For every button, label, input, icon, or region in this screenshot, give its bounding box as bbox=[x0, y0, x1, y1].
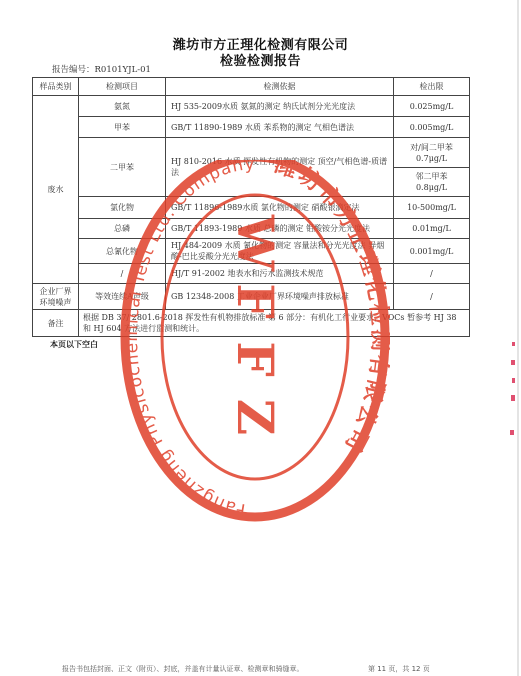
basis-cell: HJ 810-2016 水质 挥发性有机物的测定 顶空/气相色谱-质谱法 bbox=[166, 138, 394, 197]
limit-cell-sub: 对/间二甲苯0.7μg/L bbox=[394, 138, 470, 168]
basis-cell: GB 12348-2008 工业企业厂界环境噪声排放标准 bbox=[166, 284, 394, 310]
limit-cell: 0.01mg/L bbox=[394, 219, 470, 239]
basis-cell: GB/T 11893-1989 水质 总磷的测定 钼酸铵分光光度法 bbox=[166, 219, 394, 239]
limit-sub-label: 对/间二甲苯 bbox=[397, 142, 466, 153]
limit-sub-value: 0.8μg/L bbox=[397, 182, 466, 193]
blank-below-note: 本页以下空白 bbox=[50, 339, 98, 350]
seam-stamp-icon bbox=[509, 340, 517, 460]
table-row: 甲苯 GB/T 11890-1989 水质 苯系物的测定 气相色谱法 0.005… bbox=[33, 117, 470, 138]
table-row: 氯化物 GB/T 11896-1989水质 氯化物的测定 硝酸银滴定法 10-5… bbox=[33, 197, 470, 219]
item-cell: 甲苯 bbox=[79, 117, 166, 138]
limit-cell: / bbox=[394, 284, 470, 310]
svg-text:F: F bbox=[226, 341, 285, 377]
category-noise: 企业厂界环境噪声 bbox=[33, 284, 79, 310]
col-header-category: 样品类别 bbox=[33, 78, 79, 96]
item-cell: 等效连续A声级 bbox=[79, 284, 166, 310]
svg-text:Z: Z bbox=[226, 399, 285, 436]
remark-label: 备注 bbox=[33, 310, 79, 337]
item-cell: / bbox=[79, 264, 166, 284]
item-cell: 总磷 bbox=[79, 219, 166, 239]
page-edge bbox=[517, 0, 519, 676]
col-header-item: 检测项目 bbox=[79, 78, 166, 96]
col-header-limit: 检出限 bbox=[394, 78, 470, 96]
limit-cell: 0.025mg/L bbox=[394, 96, 470, 117]
remark-text: 根据 DB 37/ 2801.6-2018 挥发性有机物排放标准 第 6 部分：… bbox=[79, 310, 470, 337]
limit-cell: 10-500mg/L bbox=[394, 197, 470, 219]
basis-cell: GB/T 11890-1989 水质 苯系物的测定 气相色谱法 bbox=[166, 117, 394, 138]
table-row: 总氰化物 HJ 484-2009 水质 氰化物的测定 容量法和分光光度法 异烟酸… bbox=[33, 239, 470, 264]
report-number-label: 报告编号： bbox=[52, 65, 95, 75]
basis-cell: HJ 484-2009 水质 氰化物的测定 容量法和分光光度法 异烟酸-巴比妥酸… bbox=[166, 239, 394, 264]
table-row: / HJ/T 91-2002 地表水和污水监测技术规范 / bbox=[33, 264, 470, 284]
item-cell: 氯化物 bbox=[79, 197, 166, 219]
col-header-basis: 检测依据 bbox=[166, 78, 394, 96]
basis-cell: HJ/T 91-2002 地表水和污水监测技术规范 bbox=[166, 264, 394, 284]
item-cell: 氨氮 bbox=[79, 96, 166, 117]
limit-sub-label: 邻二甲苯 bbox=[397, 171, 466, 182]
basis-cell: GB/T 11896-1989水质 氯化物的测定 硝酸银滴定法 bbox=[166, 197, 394, 219]
report-number: 报告编号：R0101YJL-01 bbox=[52, 63, 151, 75]
page-number: 第 11 页，共 12 页 bbox=[368, 664, 430, 674]
category-wastewater: 废水 bbox=[33, 96, 79, 284]
test-basis-table: 样品类别 检测项目 检测依据 检出限 废水 氨氮 HJ 535-2009水质 氨… bbox=[32, 77, 470, 337]
table-row: 二甲苯 HJ 810-2016 水质 挥发性有机物的测定 顶空/气相色谱-质谱法… bbox=[33, 138, 470, 168]
table-header-row: 样品类别 检测项目 检测依据 检出限 bbox=[33, 78, 470, 96]
limit-sub-value: 0.7μg/L bbox=[397, 153, 466, 164]
table-row: 总磷 GB/T 11893-1989 水质 总磷的测定 钼酸铵分光光度法 0.0… bbox=[33, 219, 470, 239]
table-row: 废水 氨氮 HJ 535-2009水质 氨氮的测定 纳氏试剂分光光度法 0.02… bbox=[33, 96, 470, 117]
table-row-noise: 企业厂界环境噪声 等效连续A声级 GB 12348-2008 工业企业厂界环境噪… bbox=[33, 284, 470, 310]
limit-cell: 0.001mg/L bbox=[394, 239, 470, 264]
report-number-value: R0101YJL-01 bbox=[95, 65, 151, 75]
item-cell: 二甲苯 bbox=[79, 138, 166, 197]
limit-cell-sub: 邻二甲苯0.8μg/L bbox=[394, 168, 470, 197]
basis-cell: HJ 535-2009水质 氨氮的测定 纳氏试剂分光光度法 bbox=[166, 96, 394, 117]
limit-cell: / bbox=[394, 264, 470, 284]
limit-cell: 0.005mg/L bbox=[394, 117, 470, 138]
item-cell: 总氰化物 bbox=[79, 239, 166, 264]
footer-note: 报告书包括封面、正文（附页）、封底，并盖有计量认证章、检测章和骑缝章。 bbox=[62, 664, 304, 674]
table-row-remark: 备注 根据 DB 37/ 2801.6-2018 挥发性有机物排放标准 第 6 … bbox=[33, 310, 470, 337]
